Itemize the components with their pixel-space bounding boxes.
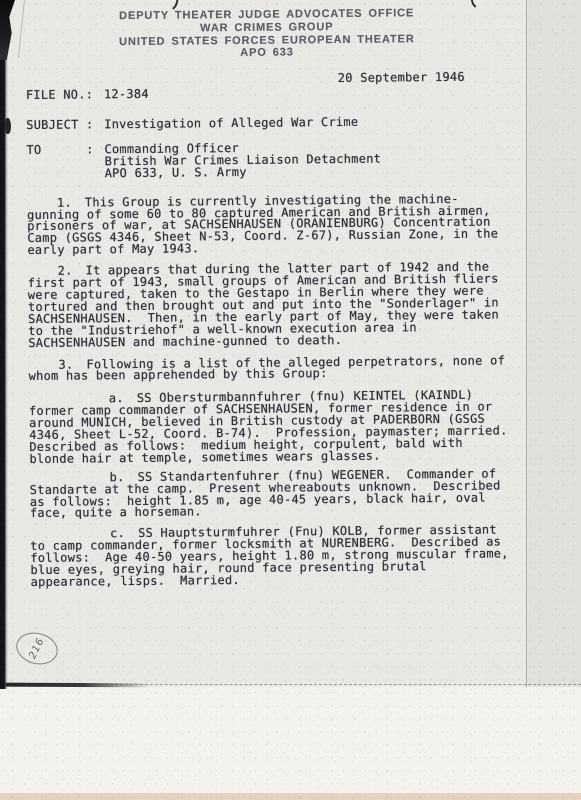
- scan-hairline-mark: [18, 0, 25, 58]
- letterhead: DEPUTY THEATER JUDGE ADVOCATES OFFICE WA…: [25, 6, 508, 62]
- subitem-c-text: SS Hauptsturmfuhrer (Fnu) KOLB, former a…: [30, 523, 516, 589]
- document-date: 20 September 1946: [338, 72, 509, 86]
- subject-value: Investigation of Alleged War Crime: [104, 117, 358, 131]
- file-no-value: 12-384: [104, 89, 149, 101]
- scan-bottom-blank-region: [0, 687, 581, 793]
- paragraph-1: 1.This Group is currently investigating …: [27, 193, 511, 257]
- scan-left-edge-nub: [5, 118, 11, 134]
- to-row: TO : Commanding Officer British War Crim…: [26, 140, 509, 180]
- document-body: DEPUTY THEATER JUDGE ADVOCATES OFFICE WA…: [25, 0, 514, 589]
- handwritten-page-number-circle: 216: [13, 628, 61, 668]
- file-no-row: FILE NO.: 12-384: [26, 85, 509, 102]
- subitem-c: c.SS Hauptsturmfuhrer (Fnu) KOLB, former…: [30, 525, 514, 589]
- scanned-document-page: DEPUTY THEATER JUDGE ADVOCATES OFFICE WA…: [0, 0, 581, 800]
- scan-left-corner-blob: [0, 0, 15, 60]
- paragraph-2-text: It appears that during the latter part o…: [28, 260, 507, 350]
- paragraph-3-text: Following is a list of the alleged perpe…: [29, 353, 513, 384]
- to-address: Commanding Officer British War Crimes Li…: [104, 141, 381, 179]
- subitem-b: b.SS Standartenfuhrer (fnu) WEGENER. Com…: [30, 468, 513, 520]
- subitem-a-text: SS Obersturmbannfuhrer (fnu) KEINTEL (KA…: [29, 388, 515, 466]
- handwritten-page-number: 216: [27, 636, 47, 661]
- paragraph-2: 2.It appears that during the latter part…: [28, 262, 512, 350]
- scan-right-margin-strip: [526, 0, 581, 688]
- paragraph-1-text: This Group is currently investigating th…: [27, 191, 506, 257]
- file-no-label: FILE NO.:: [26, 89, 104, 102]
- subject-label: SUBJECT :: [26, 119, 104, 132]
- scan-fold-line-thin: [100, 684, 581, 685]
- subitem-b-text: SS Standartenfuhrer (fnu) WEGENER. Comma…: [30, 466, 509, 520]
- to-label: TO :: [26, 144, 104, 157]
- subject-row: SUBJECT : Investigation of Alleged War C…: [26, 115, 509, 132]
- to-line-3: APO 633, U. S. Army: [105, 165, 382, 180]
- scan-fold-line: [0, 682, 581, 688]
- paragraph-3: 3.Following is a list of the alleged per…: [28, 355, 511, 383]
- scan-left-binding-edge: [0, 0, 8, 689]
- scan-bottom-pink-strip: [0, 793, 581, 800]
- subitem-a: a.SS Obersturmbannfuhrer (fnu) KEINTEL (…: [29, 390, 513, 466]
